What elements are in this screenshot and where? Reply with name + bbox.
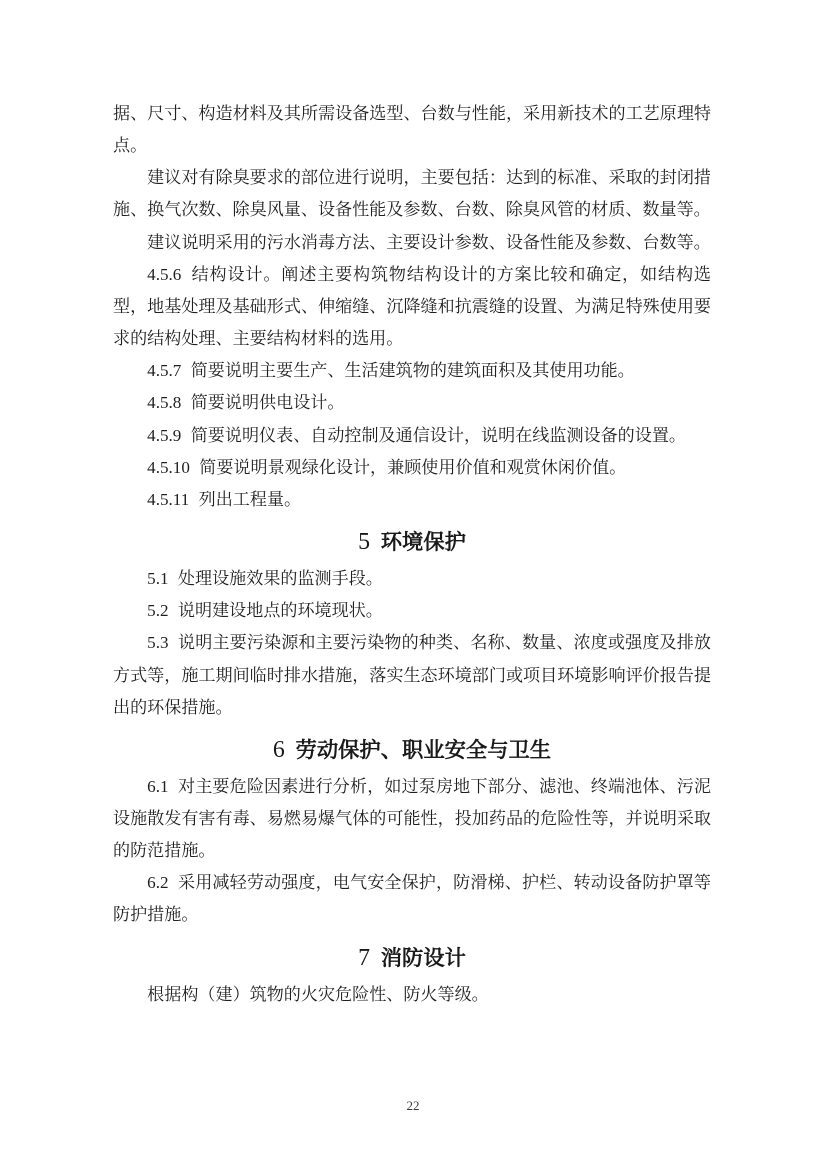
body-paragraph: 5.3说明主要污染源和主要污染物的种类、名称、数量、浓度或强度及排放方式等，施工…	[113, 627, 711, 723]
clause-number: 4.5.6	[147, 265, 181, 284]
paragraph-text: 说明建设地点的环境现状。	[178, 601, 383, 620]
paragraph-text: 列出工程量。	[199, 490, 301, 509]
clause-number: 4.5.8	[147, 393, 181, 412]
body-paragraph: 4.5.10简要说明景观绿化设计，兼顾使用价值和观赏休闲价值。	[113, 452, 711, 484]
body-paragraph: 据、尺寸、构造材料及其所需设备选型、台数与性能，采用新技术的工艺原理特点。	[113, 98, 711, 162]
paragraph-text: 对主要危险因素进行分析，如过泵房地下部分、滤池、终端池体、污泥设施散发有害有毒、…	[113, 777, 711, 860]
paragraph-text: 根据构（建）筑物的火灾危险性、防火等级。	[147, 985, 489, 1004]
body-paragraph: 4.5.8简要说明供电设计。	[113, 387, 711, 419]
body-paragraph: 6.1对主要危险因素进行分析，如过泵房地下部分、滤池、终端池体、污泥设施散发有害…	[113, 771, 711, 867]
body-paragraph: 4.5.6结构设计。阐述主要构筑物结构设计的方案比较和确定，如结构选型，地基处理…	[113, 259, 711, 355]
section-heading: 6劳动保护、职业安全与卫生	[113, 731, 711, 769]
section-title: 劳动保护、职业安全与卫生	[296, 738, 552, 762]
paragraph-text: 建议说明采用的污水消毒方法、主要设计参数、设备性能及参数、台数等。	[147, 233, 711, 252]
clause-number: 5.2	[147, 601, 168, 620]
section-number: 5	[358, 529, 370, 555]
body-paragraph: 4.5.9简要说明仪表、自动控制及通信设计，说明在线监测设备的设置。	[113, 420, 711, 452]
paragraph-text: 据、尺寸、构造材料及其所需设备选型、台数与性能，采用新技术的工艺原理特点。	[113, 104, 711, 155]
clause-number: 5.1	[147, 569, 168, 588]
body-paragraph: 建议对有除臭要求的部位进行说明，主要包括：达到的标准、采取的封闭措施、换气次数、…	[113, 162, 711, 226]
section-number: 7	[358, 945, 370, 971]
paragraph-text: 建议对有除臭要求的部位进行说明，主要包括：达到的标准、采取的封闭措施、换气次数、…	[113, 168, 711, 219]
section-heading: 7消防设计	[113, 939, 711, 977]
page-footer: 22	[0, 1098, 826, 1114]
clause-number: 6.1	[147, 777, 168, 796]
clause-number: 4.5.9	[147, 426, 181, 445]
section-title: 环境保护	[381, 530, 466, 554]
body-paragraph: 建议说明采用的污水消毒方法、主要设计参数、设备性能及参数、台数等。	[113, 227, 711, 259]
document-page: 据、尺寸、构造材料及其所需设备选型、台数与性能，采用新技术的工艺原理特点。建议对…	[0, 0, 826, 1169]
clause-number: 4.5.11	[147, 490, 189, 509]
paragraph-text: 采用减轻劳动强度，电气安全保护，防滑梯、护栏、转动设备防护罩等防护措施。	[113, 873, 711, 924]
page-number: 22	[407, 1098, 420, 1113]
body-paragraph: 根据构（建）筑物的火灾危险性、防火等级。	[113, 979, 711, 1011]
paragraph-text: 处理设施效果的监测手段。	[178, 569, 383, 588]
body-paragraph: 6.2采用减轻劳动强度，电气安全保护，防滑梯、护栏、转动设备防护罩等防护措施。	[113, 867, 711, 931]
paragraph-text: 简要说明供电设计。	[191, 393, 345, 412]
clause-number: 5.3	[147, 633, 168, 652]
page-content: 据、尺寸、构造材料及其所需设备选型、台数与性能，采用新技术的工艺原理特点。建议对…	[113, 98, 711, 1011]
clause-number: 4.5.10	[147, 458, 190, 477]
paragraph-text: 简要说明景观绿化设计，兼顾使用价值和观赏休闲价值。	[199, 458, 626, 477]
section-heading: 5环境保护	[113, 523, 711, 561]
clause-number: 6.2	[147, 873, 168, 892]
paragraph-text: 简要说明仪表、自动控制及通信设计，说明在线监测设备的设置。	[191, 426, 686, 445]
clause-number: 4.5.7	[147, 361, 181, 380]
section-title: 消防设计	[381, 946, 466, 970]
body-paragraph: 4.5.11列出工程量。	[113, 484, 711, 516]
paragraph-text: 说明主要污染源和主要污染物的种类、名称、数量、浓度或强度及排放方式等，施工期间临…	[113, 633, 711, 716]
section-number: 6	[273, 737, 285, 763]
body-paragraph: 4.5.7简要说明主要生产、生活建筑物的建筑面积及其使用功能。	[113, 355, 711, 387]
body-paragraph: 5.1处理设施效果的监测手段。	[113, 563, 711, 595]
body-paragraph: 5.2说明建设地点的环境现状。	[113, 595, 711, 627]
paragraph-text: 结构设计。阐述主要构筑物结构设计的方案比较和确定，如结构选型，地基处理及基础形式…	[113, 265, 711, 348]
paragraph-text: 简要说明主要生产、生活建筑物的建筑面积及其使用功能。	[191, 361, 635, 380]
